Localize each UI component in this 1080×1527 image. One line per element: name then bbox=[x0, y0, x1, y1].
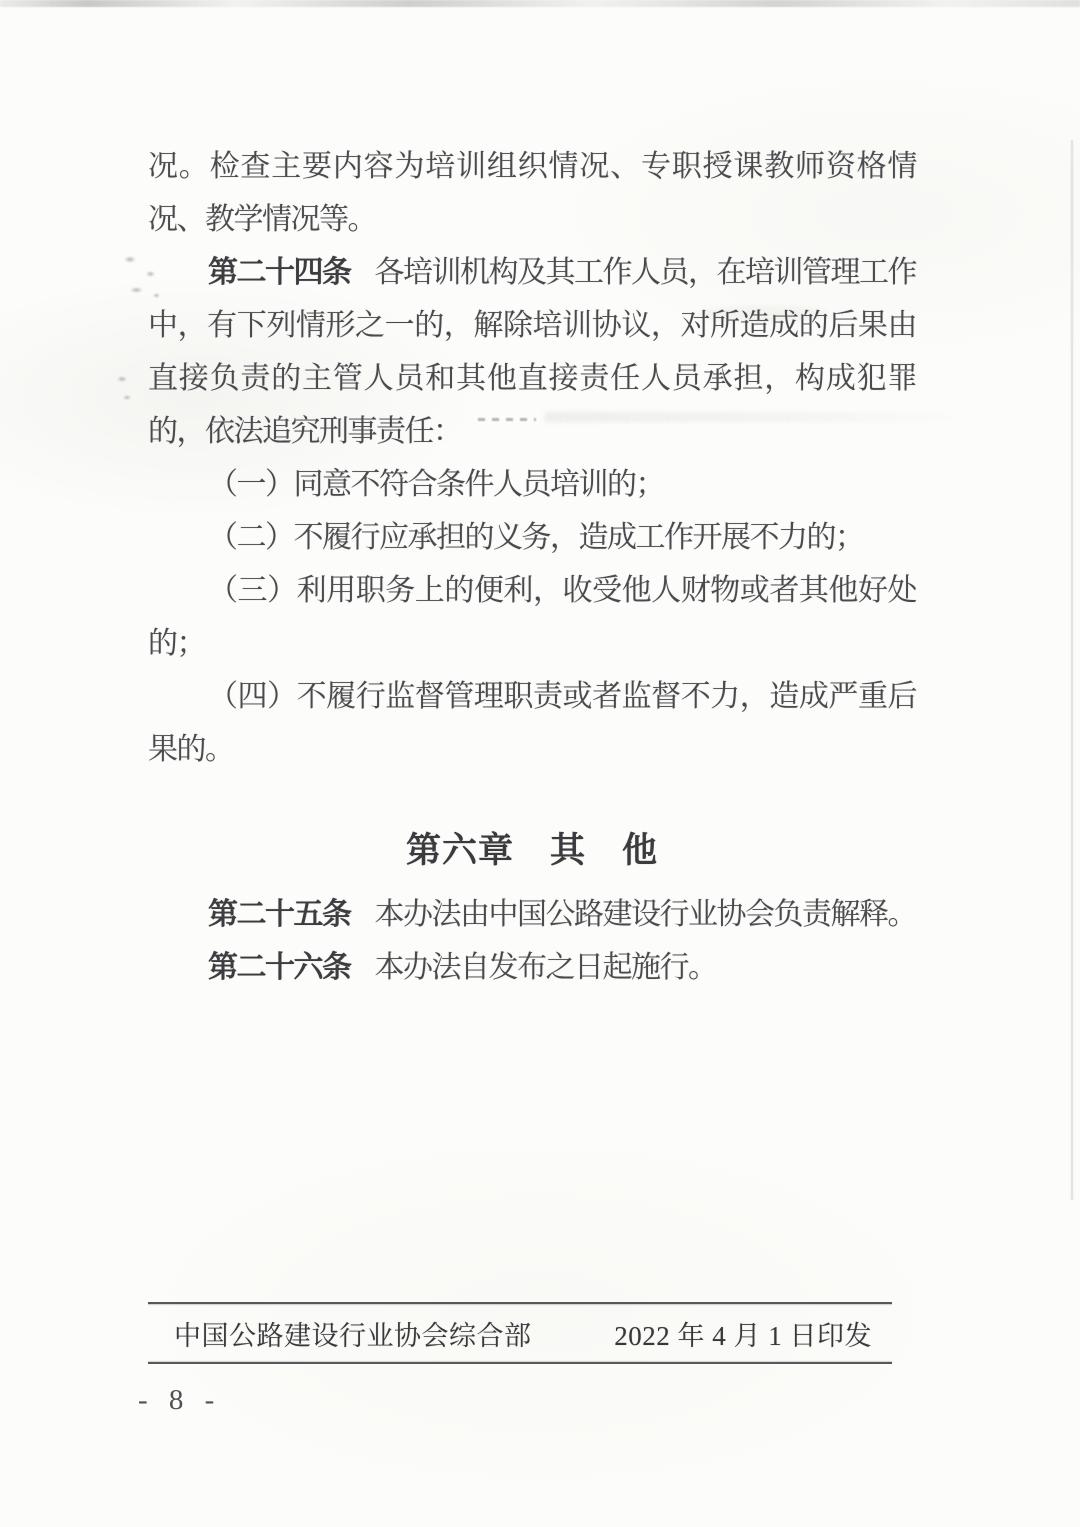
scan-artifact-speck bbox=[130, 287, 143, 293]
paragraph-continuation: 况。检查主要内容为培训组织情况、专职授课教师资格情况、教学情况等。 bbox=[148, 140, 916, 246]
article-number: 第二十六条 bbox=[208, 951, 351, 984]
paragraph-text: （二）不履行应承担的义务，造成工作开展不力的； bbox=[208, 521, 864, 554]
footer-rule-bottom bbox=[148, 1362, 892, 1364]
clause-item-2: （二）不履行应承担的义务，造成工作开展不力的； bbox=[148, 511, 916, 564]
paragraph-text: 本办法由中国公路建设行业协会负责解释。 bbox=[375, 898, 917, 931]
scan-artifact-right-edge bbox=[1071, 140, 1073, 1200]
paragraph-text: （三）利用职务上的便利，收受他人财物或者其他好处的； bbox=[148, 574, 916, 660]
footer-row: 中国公路建设行业协会综合部 2022 年 4 月 1 日印发 bbox=[148, 1304, 892, 1362]
paragraph-article-24: 第二十四条各培训机构及其工作人员，在培训管理工作中，有下列情形之一的，解除培训协… bbox=[148, 246, 916, 458]
article-number: 第二十五条 bbox=[208, 898, 351, 931]
page-number: - 8 - bbox=[138, 1384, 221, 1417]
scan-artifact-top-edge bbox=[0, 0, 1080, 7]
paragraph-article-25: 第二十五条本办法由中国公路建设行业协会负责解释。 bbox=[148, 888, 916, 941]
paragraph-text: （一）同意不符合条件人员培训的； bbox=[208, 468, 664, 501]
document-footer: 中国公路建设行业协会综合部 2022 年 4 月 1 日印发 bbox=[148, 1302, 892, 1364]
chapter-heading: 第六章 其 他 bbox=[148, 821, 916, 880]
clause-item-3: （三）利用职务上的便利，收受他人财物或者其他好处的； bbox=[148, 564, 916, 670]
clause-item-1: （一）同意不符合条件人员培训的； bbox=[148, 458, 916, 511]
scan-artifact-speck bbox=[117, 376, 127, 382]
footer-issuer: 中国公路建设行业协会综合部 bbox=[174, 1314, 532, 1353]
paragraph-text: 本办法自发布之日起施行。 bbox=[375, 951, 717, 984]
scan-artifact-speck bbox=[123, 395, 131, 400]
paragraph-text: 况。检查主要内容为培训组织情况、专职授课教师资格情况、教学情况等。 bbox=[148, 150, 916, 236]
footer-print-date: 2022 年 4 月 1 日印发 bbox=[614, 1314, 872, 1353]
clause-item-4: （四）不履行监督管理职责或者监督不力，造成严重后果的。 bbox=[148, 670, 916, 776]
paragraph-text: （四）不履行监督管理职责或者监督不力，造成严重后果的。 bbox=[148, 680, 916, 766]
article-number: 第二十四条 bbox=[208, 256, 351, 289]
scanned-document-page: 况。检查主要内容为培训组织情况、专职授课教师资格情况、教学情况等。 第二十四条各… bbox=[0, 0, 1080, 1527]
scan-artifact-speck bbox=[124, 256, 136, 263]
document-body: 况。检查主要内容为培训组织情况、专职授课教师资格情况、教学情况等。 第二十四条各… bbox=[148, 140, 916, 994]
paragraph-article-26: 第二十六条本办法自发布之日起施行。 bbox=[148, 941, 916, 994]
